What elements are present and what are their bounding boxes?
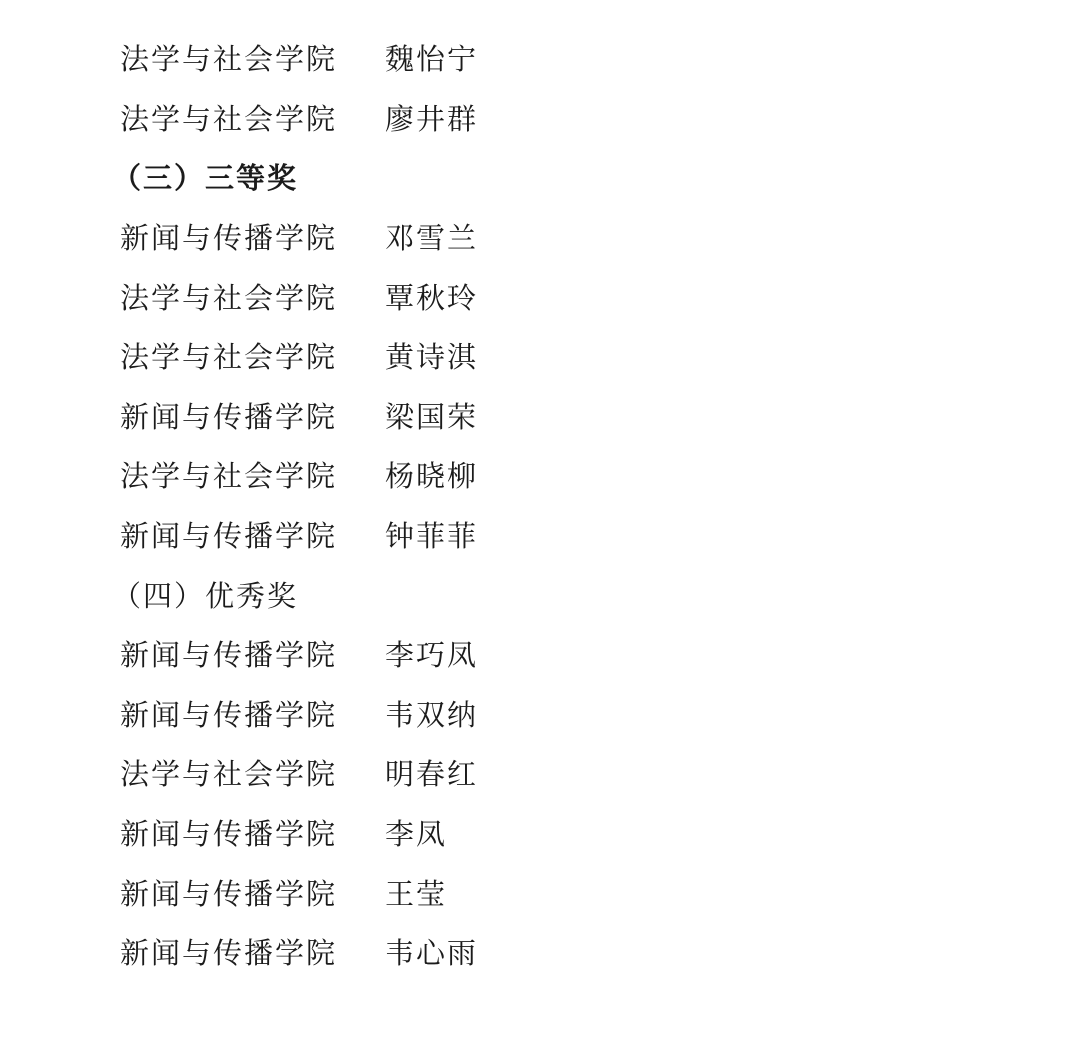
- college-name: 新闻与传播学院: [120, 693, 385, 734]
- award-list: 法学与社会学院魏怡宁法学与社会学院廖井群（三）三等奖新闻与传播学院邓雪兰法学与社…: [120, 28, 1020, 982]
- student-name: 李巧凤: [385, 633, 478, 674]
- student-name: 明春红: [385, 752, 478, 793]
- award-entry-row: 新闻与传播学院梁国荣: [120, 386, 1020, 446]
- student-name: 覃秋玲: [385, 276, 478, 317]
- college-name: 新闻与传播学院: [120, 514, 385, 555]
- college-name: 新闻与传播学院: [120, 633, 385, 674]
- college-name: 法学与社会学院: [120, 454, 385, 495]
- student-name: 魏怡宁: [385, 37, 478, 78]
- award-entry-row: 法学与社会学院覃秋玲: [120, 266, 1020, 326]
- student-name: 钟菲菲: [385, 514, 478, 555]
- award-entry-row: 法学与社会学院明春红: [120, 743, 1020, 803]
- section-heading-label: （三）三等奖: [112, 156, 298, 197]
- award-entry-row: 法学与社会学院黄诗淇: [120, 326, 1020, 386]
- award-entry-row: 新闻与传播学院韦双纳: [120, 684, 1020, 744]
- college-name: 法学与社会学院: [120, 752, 385, 793]
- award-entry-row: 新闻与传播学院邓雪兰: [120, 207, 1020, 267]
- document-page: 法学与社会学院魏怡宁法学与社会学院廖井群（三）三等奖新闻与传播学院邓雪兰法学与社…: [120, 28, 1020, 982]
- award-entry-row: 法学与社会学院廖井群: [120, 88, 1020, 148]
- college-name: 法学与社会学院: [120, 276, 385, 317]
- award-entry-row: 法学与社会学院魏怡宁: [120, 28, 1020, 88]
- section-heading: （四）优秀奖: [120, 564, 1020, 624]
- college-name: 新闻与传播学院: [120, 812, 385, 853]
- award-entry-row: 新闻与传播学院李巧凤: [120, 624, 1020, 684]
- college-name: 新闻与传播学院: [120, 931, 385, 972]
- student-name: 黄诗淇: [385, 335, 478, 376]
- student-name: 杨晓柳: [385, 454, 478, 495]
- award-entry-row: 新闻与传播学院韦心雨: [120, 922, 1020, 982]
- student-name: 韦双纳: [385, 693, 478, 734]
- award-entry-row: 新闻与传播学院李凤: [120, 803, 1020, 863]
- award-entry-row: 法学与社会学院杨晓柳: [120, 445, 1020, 505]
- college-name: 新闻与传播学院: [120, 216, 385, 257]
- student-name: 王莹: [385, 872, 447, 913]
- section-heading: （三）三等奖: [120, 147, 1020, 207]
- award-entry-row: 新闻与传播学院钟菲菲: [120, 505, 1020, 565]
- college-name: 法学与社会学院: [120, 335, 385, 376]
- award-entry-row: 新闻与传播学院王莹: [120, 862, 1020, 922]
- section-heading-label: （四）优秀奖: [112, 574, 298, 615]
- student-name: 李凤: [385, 812, 447, 853]
- college-name: 新闻与传播学院: [120, 872, 385, 913]
- college-name: 法学与社会学院: [120, 97, 385, 138]
- student-name: 邓雪兰: [385, 216, 478, 257]
- student-name: 梁国荣: [385, 395, 478, 436]
- college-name: 法学与社会学院: [120, 37, 385, 78]
- college-name: 新闻与传播学院: [120, 395, 385, 436]
- student-name: 廖井群: [385, 97, 478, 138]
- student-name: 韦心雨: [385, 931, 478, 972]
